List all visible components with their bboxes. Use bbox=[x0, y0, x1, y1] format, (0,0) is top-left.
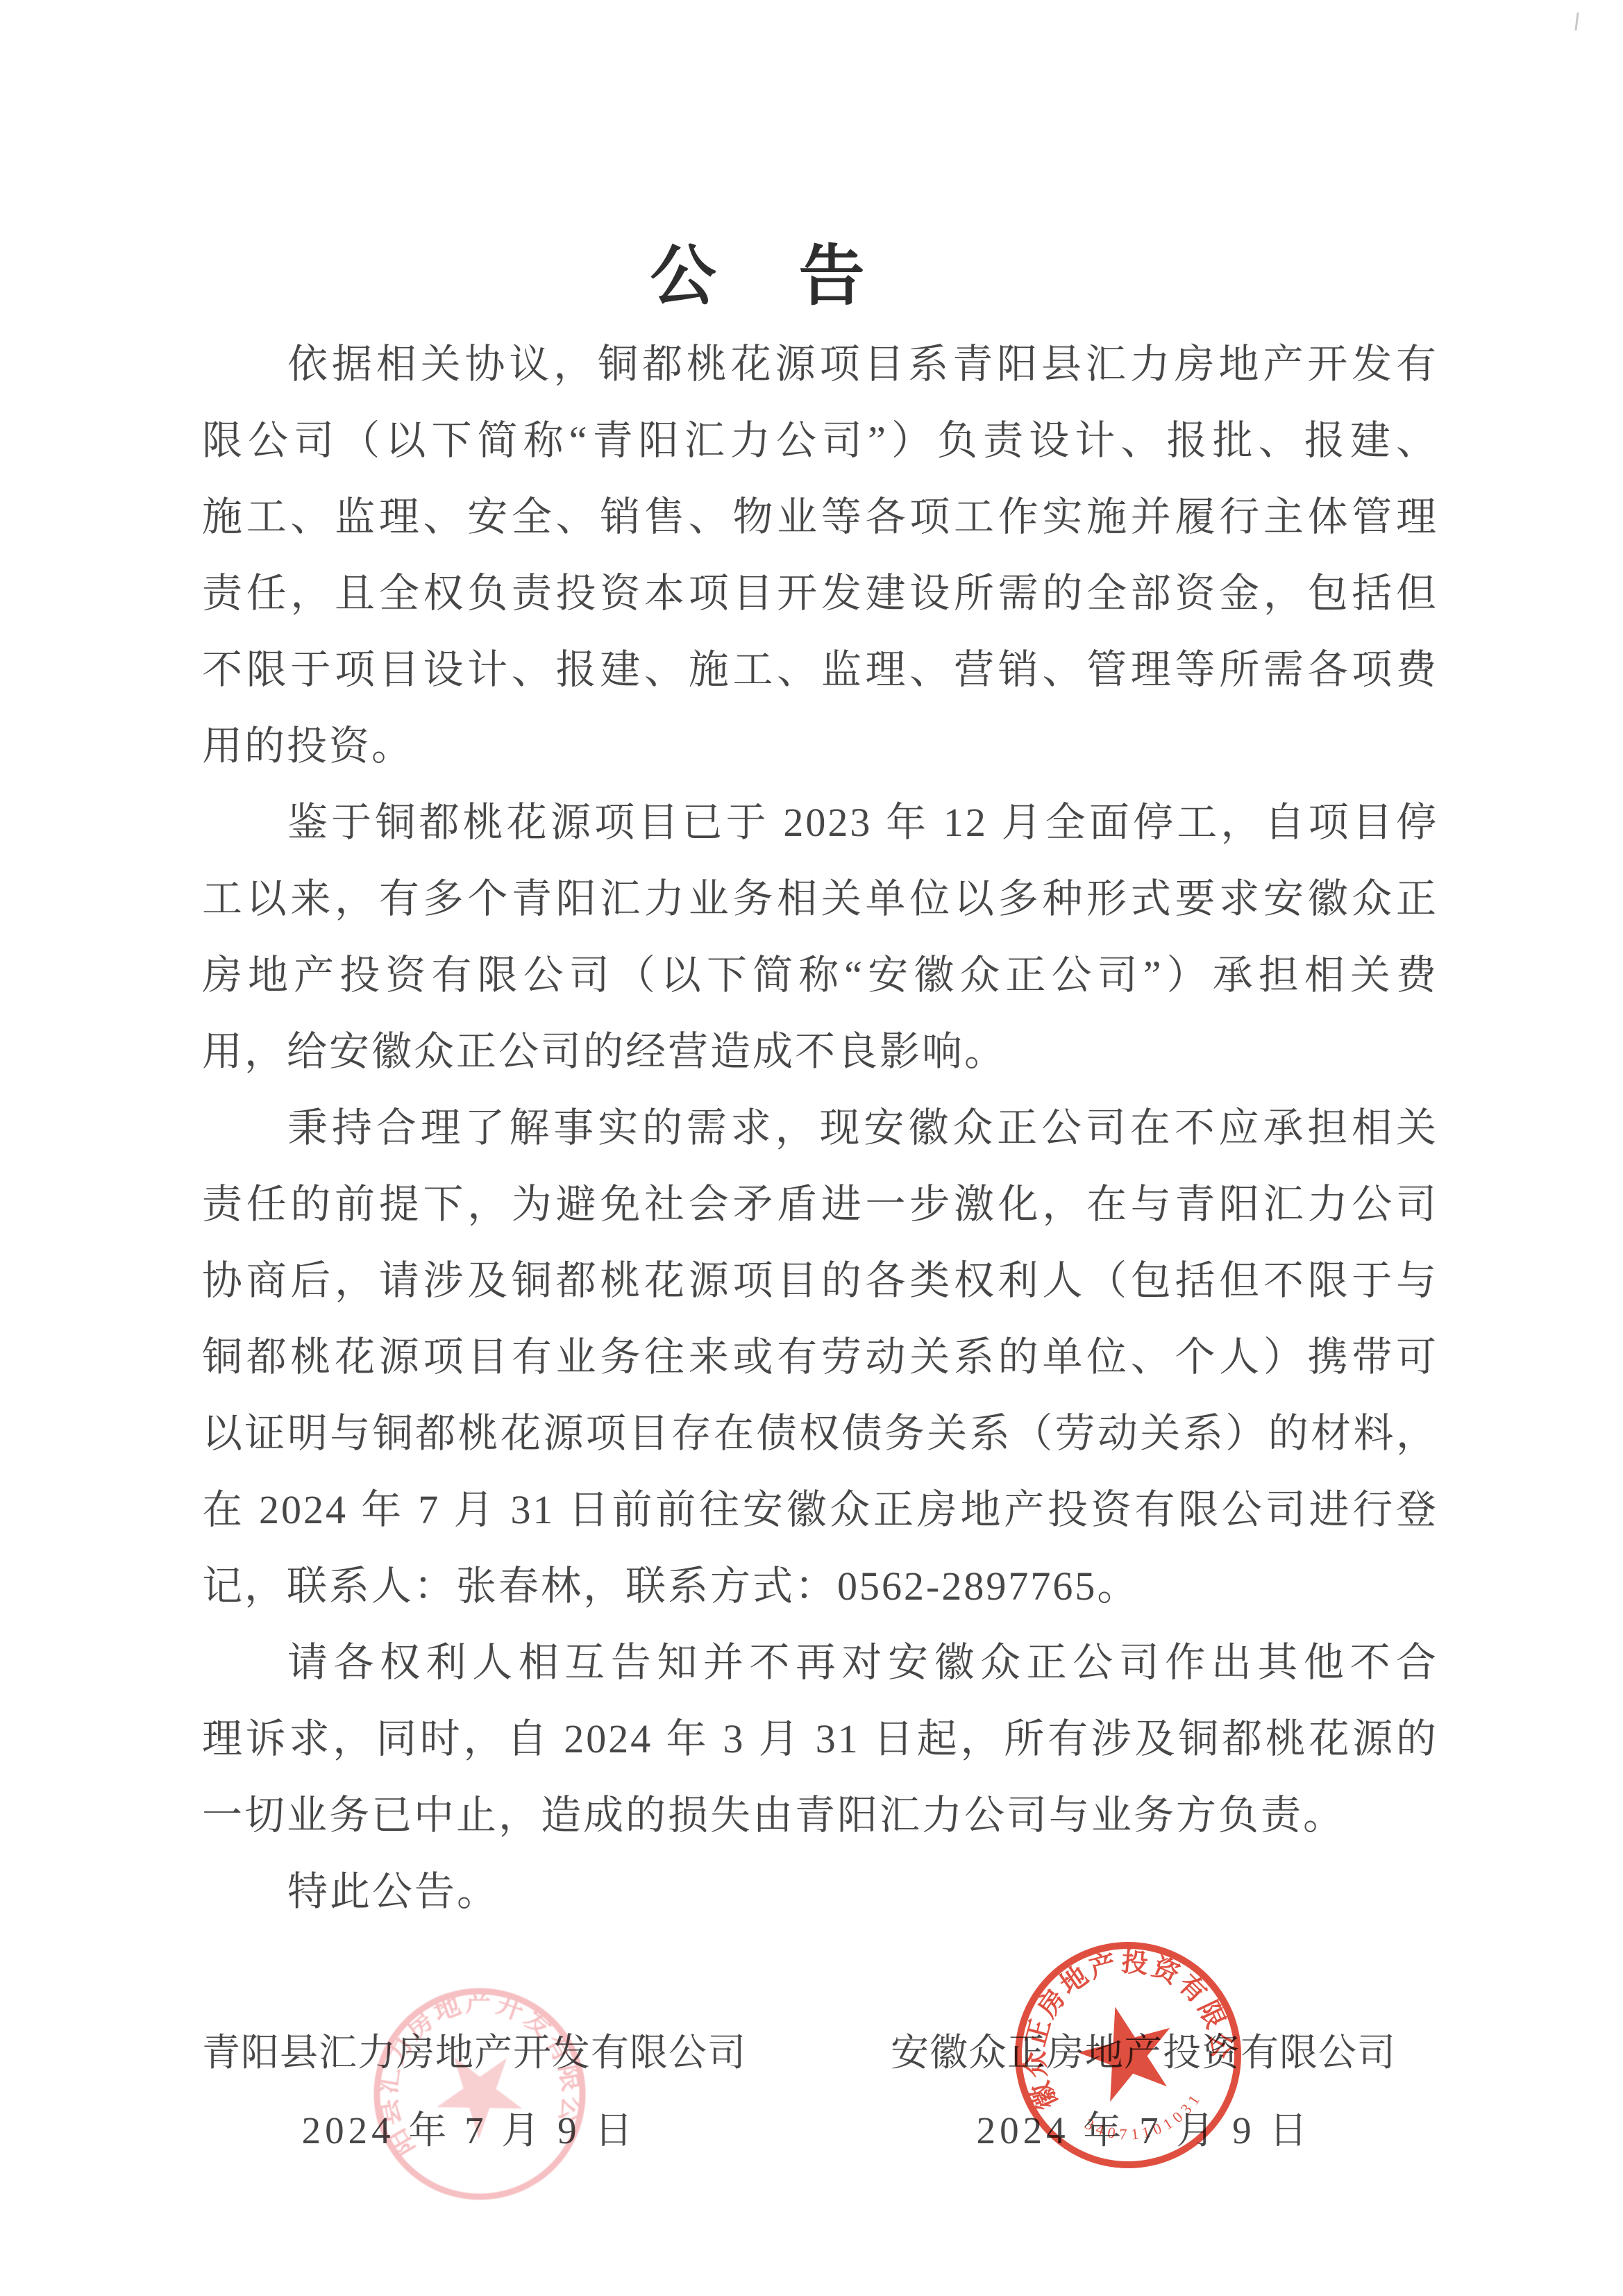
body-line: 鉴于铜都桃花源项目已于 2023 年 12 月全面停工，自项目停 bbox=[202, 785, 1438, 861]
signature-block-left: 青阳县汇力房地产开发有限公司 2024 年 7 月 9 日 bbox=[202, 2029, 737, 2155]
body-line: 特此公告。 bbox=[202, 1854, 1438, 1930]
signature-company-left: 青阳县汇力房地产开发有限公司 bbox=[202, 2029, 737, 2077]
scan-artifact-mark bbox=[1574, 12, 1579, 31]
body-line: 在 2024 年 7 月 31 日前前往安徽众正房地产投资有限公司进行登 bbox=[202, 1472, 1438, 1548]
body-line: 请各权利人相互告知并不再对安徽众正公司作出其他不合 bbox=[202, 1625, 1438, 1701]
body-line: 房地产投资有限公司（以下简称“安徽众正公司”）承担相关费 bbox=[202, 937, 1438, 1014]
body-line: 责任，且全权负责投资本项目开发建设所需的全部资金，包括但 bbox=[202, 555, 1438, 632]
body-line: 铜都桃花源项目有业务往来或有劳动关系的单位、个人）携带可 bbox=[202, 1319, 1438, 1396]
signature-date-left: 2024 年 7 月 9 日 bbox=[202, 2106, 737, 2155]
body-line: 理诉求，同时，自 2024 年 3 月 31 日起，所有涉及铜都桃花源的 bbox=[202, 1701, 1438, 1777]
body-line: 以证明与铜都桃花源项目存在债权债务关系（劳动关系）的材料， bbox=[202, 1396, 1438, 1472]
signature-company-right: 安徽众正房地产投资有限公司 bbox=[891, 2029, 1397, 2077]
signature-date-right: 2024 年 7 月 9 日 bbox=[891, 2106, 1397, 2155]
body-line: 限公司（以下简称“青阳汇力公司”）负责设计、报批、报建、 bbox=[202, 403, 1438, 479]
body-line: 工以来，有多个青阳汇力业务相关单位以多种形式要求安徽众正 bbox=[202, 861, 1438, 937]
body-line: 协商后，请涉及铜都桃花源项目的各类权利人（包括但不限于与 bbox=[202, 1243, 1438, 1319]
body-line: 一切业务已中止，造成的损失由青阳汇力公司与业务方负责。 bbox=[202, 1777, 1438, 1854]
page-title: 公 告 bbox=[0, 235, 1573, 318]
body-line: 记，联系人：张春林，联系方式：0562-2897765。 bbox=[202, 1548, 1438, 1625]
signature-block-right: 安徽众正房地产投资有限公司 2024 年 7 月 9 日 bbox=[891, 2029, 1397, 2155]
body-line: 责任的前提下，为避免社会矛盾进一步激化，在与青阳汇力公司 bbox=[202, 1166, 1438, 1243]
body-line: 依据相关协议，铜都桃花源项目系青阳县汇力房地产开发有 bbox=[202, 326, 1438, 403]
body-line: 不限于项目设计、报建、施工、监理、营销、管理等所需各项费 bbox=[202, 632, 1438, 708]
body-line: 施工、监理、安全、销售、物业等各项工作实施并履行主体管理 bbox=[202, 479, 1438, 555]
body-line: 用的投资。 bbox=[202, 708, 1438, 785]
document-page: 公 告 依据相关协议，铜都桃花源项目系青阳县汇力房地产开发有限公司（以下简称“青… bbox=[0, 0, 1623, 2296]
document-body: 依据相关协议，铜都桃花源项目系青阳县汇力房地产开发有限公司（以下简称“青阳汇力公… bbox=[202, 326, 1438, 1930]
body-line: 秉持合理了解事实的需求，现安徽众正公司在不应承担相关 bbox=[202, 1090, 1438, 1166]
body-line: 用，给安徽众正公司的经营造成不良影响。 bbox=[202, 1014, 1438, 1090]
